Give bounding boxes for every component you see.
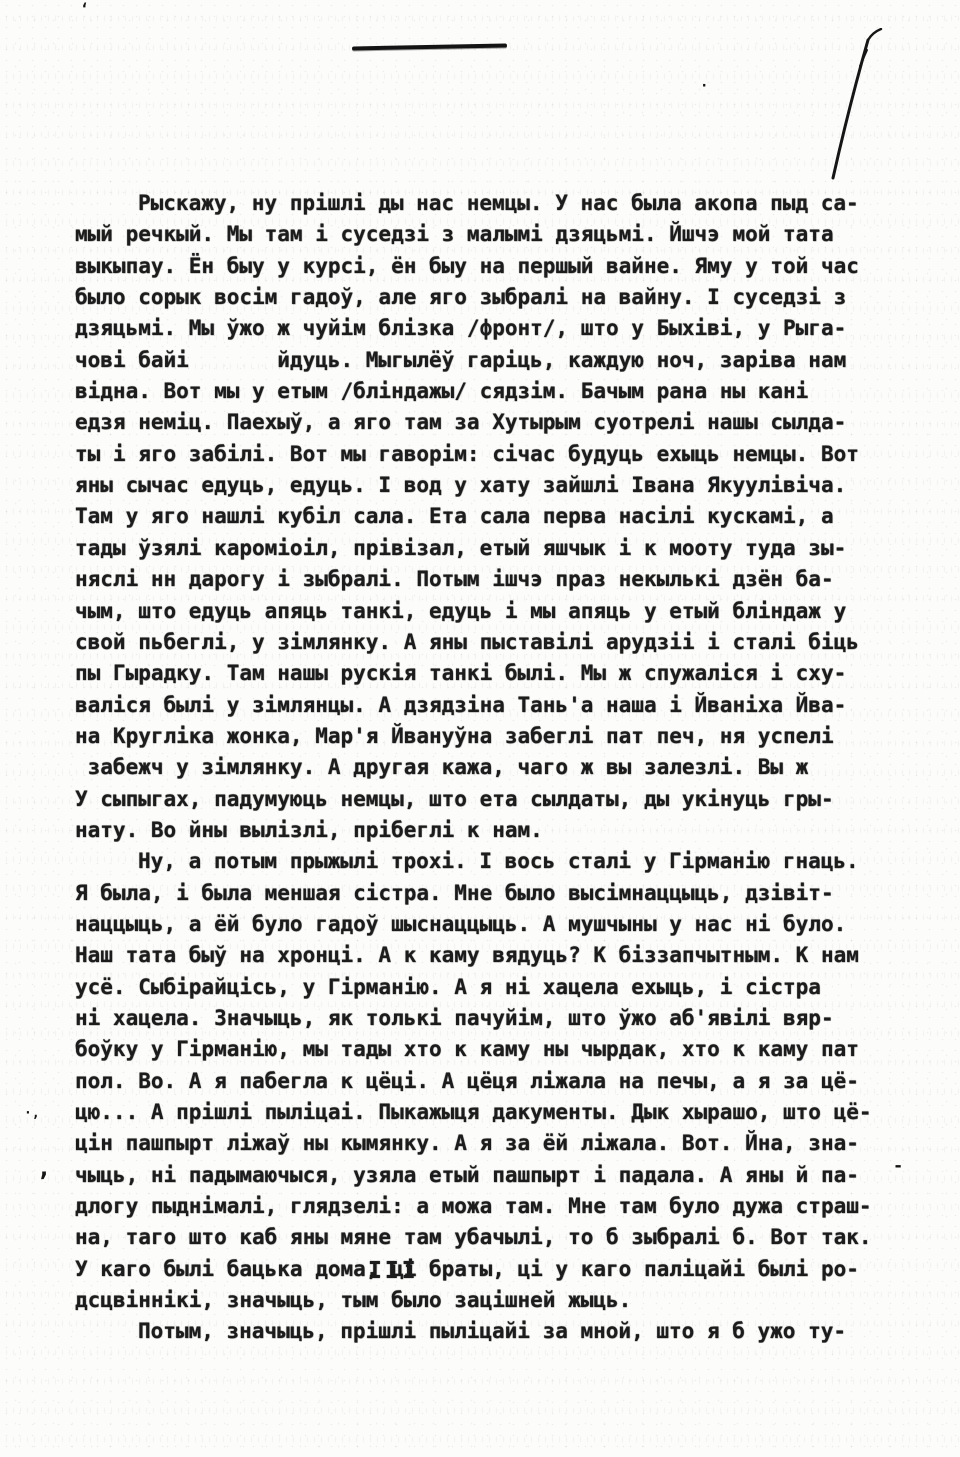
page: Рыскажу, ну прішлі ды нас немцы. У нас б… xyxy=(0,0,960,1457)
text-line: відна. Вот мы у етым /бліндажы/ сядзім. … xyxy=(75,376,915,407)
text-line: Рыскажу, ну прішлі ды нас немцы. У нас б… xyxy=(75,188,915,219)
text-line: ты і яго забілі. Вот мы гаворім: січас б… xyxy=(75,439,915,470)
top-rule xyxy=(352,44,507,51)
text-line: пы Гырадку. Там нашы рускія танкі былі. … xyxy=(75,658,915,689)
text-line: цін пашпырт ліжаў ны кымянку. А я за ёй … xyxy=(75,1128,915,1159)
text-line: выкыпау. Ён быу у курсі, ён быу на першы… xyxy=(75,251,915,282)
text-line: длогу пыднімалі, глядзелі: а можа там. М… xyxy=(75,1191,915,1222)
text-line: тады ўзялі кароміоіл, прівізал, етый яшч… xyxy=(75,533,915,564)
text-line: цю... А прішлі пыліцаі. Пыкажыця дакумен… xyxy=(75,1097,915,1128)
text-line: чыць, ні падымаючыся, узяла етый пашпырт… xyxy=(75,1160,915,1191)
text-line: было сорык восім гадоў, але яго зыбралі … xyxy=(75,282,915,313)
text-line: свой пьбеглі, у зімлянку. А яны пыставіл… xyxy=(75,627,915,658)
text-line: усё. Сыбірайцісь, у Гірманію. А я ні хац… xyxy=(75,972,915,1003)
text-line: забежч у зімлянку. А другая кажа, чаго ж… xyxy=(75,752,915,783)
ink-mark: ·, xyxy=(24,1106,40,1121)
text-line: нату. Во йны вылізлі, прібеглі к нам. xyxy=(75,815,915,846)
text-line: валіся былі у зімлянцы. А дзядзіна Тань'… xyxy=(75,690,915,721)
text-line: мый речкый. Мы там і суседзі з малымі дз… xyxy=(75,219,915,250)
text-line: Я была, і была меншая сістра. Мне было в… xyxy=(75,878,915,909)
text-line: Ну, а потым прыжылі трохі. І вось сталі … xyxy=(75,846,915,877)
text-block: Рыскажу, ну прішлі ды нас немцы. У нас б… xyxy=(75,94,915,1348)
text-line: Там у яго нашлі кубіл сала. Ета сала пер… xyxy=(75,501,915,532)
text-line: едзя неміц. Паехыў, а яго там за Хутырым… xyxy=(75,407,915,438)
ink-mark: - xyxy=(893,1156,903,1176)
text-line: на Кругліка жонка, Мар'я Йвануўна забегл… xyxy=(75,721,915,752)
ink-mark: ’ xyxy=(36,1168,50,1196)
text-line: боўку у Гірманію, мы тады хто к каму ны … xyxy=(75,1034,915,1065)
text-line: яны сычас едуць, едуць. І вод у хату зай… xyxy=(75,470,915,501)
text-line: няслі нн дарогу і зыбралі. Потым ішчэ пр… xyxy=(75,564,915,595)
ink-mark: · xyxy=(700,78,708,94)
text-line: дсцвіннікі, значыць, тым было зацішней ж… xyxy=(75,1285,915,1316)
ink-mark: ‘ xyxy=(80,0,89,18)
text-line: У сыпыгах, падумуюць немцы, што ета сылд… xyxy=(75,784,915,815)
text-line: наццыць, а ёй було гадоў шыснаццыць. А м… xyxy=(75,909,915,940)
text-line: на, таго што каб яны мяне там убачылі, т… xyxy=(75,1222,915,1253)
page-number: III xyxy=(368,1258,419,1284)
text-line: У каго былі бацька дома, ці браты, ці у … xyxy=(75,1254,915,1285)
text-line: пол. Во. А я пабегла к цёці. А цёця ліжа… xyxy=(75,1066,915,1097)
text-line: ні хацела. Значыць, як толькі пачуйім, ш… xyxy=(75,1003,915,1034)
text-line: чові байі йдуць. Мыгылёў гаріць, каждую … xyxy=(75,345,915,376)
text-line: Потым, значыць, прішлі пыліцайі за мной,… xyxy=(75,1316,915,1347)
text-line: чым, што едуць апяць танкі, едуць і мы а… xyxy=(75,596,915,627)
text-line: Наш тата быў на хронці. А к каму вядуць?… xyxy=(75,940,915,971)
text-line: дзяцьмі. Мы ўжо ж чуйім блізка /фронт/, … xyxy=(75,313,915,344)
